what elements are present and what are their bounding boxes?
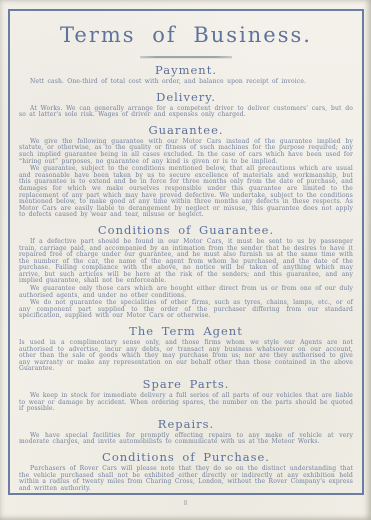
- document-page: Terms of Business. Payment. Nett cash. O…: [0, 0, 371, 520]
- section-heading: Payment.: [19, 64, 353, 77]
- section-conditions-of-purchase: Conditions of Purchase. Purchasers of Ro…: [19, 451, 353, 492]
- section-the-term-agent: The Term Agent Is used in a complimentar…: [19, 325, 353, 373]
- page-number: 8: [0, 500, 371, 507]
- paragraph: We guarantee only those cars which are b…: [19, 286, 353, 299]
- section-heading: Repairs.: [19, 418, 353, 431]
- section-heading: Delivery.: [19, 91, 353, 104]
- section-delivery: Delivery. At Works. We can generally arr…: [19, 91, 353, 119]
- paragraph: Nett cash. One-third of total cost with …: [19, 79, 353, 86]
- section-spare-parts: Spare Parts. We keep in stock for immedi…: [19, 378, 353, 413]
- paragraph: We have special facilities for promptly …: [19, 433, 353, 446]
- page-border-frame: Terms of Business. Payment. Nett cash. O…: [8, 9, 364, 495]
- paragraph: We guarantee, subject to the conditions …: [19, 166, 353, 219]
- paragraph: Purchasers of Rover Cars will please not…: [19, 466, 353, 492]
- page-title: Terms of Business.: [19, 23, 353, 48]
- section-repairs: Repairs. We have special facilities for …: [19, 418, 353, 446]
- paragraph: We keep in stock for immediate delivery …: [19, 393, 353, 413]
- paragraph: If a defective part should be found in o…: [19, 239, 353, 285]
- section-heading: Conditions of Purchase.: [19, 451, 353, 464]
- paragraph: We give the following guarantee with our…: [19, 139, 353, 165]
- section-heading: Spare Parts.: [19, 378, 353, 391]
- section-guarantee: Guarantee. We give the following guarant…: [19, 124, 353, 219]
- paragraph: We do not guarantee the specialities of …: [19, 300, 353, 320]
- paragraph: Is used in a complimentary sense only, a…: [19, 340, 353, 373]
- section-heading: The Term Agent: [19, 325, 353, 338]
- section-heading: Conditions of Guarantee.: [19, 224, 353, 237]
- title-divider: [140, 56, 232, 59]
- paragraph: At Works. We can generally arrange for a…: [19, 106, 353, 119]
- section-payment: Payment. Nett cash. One-third of total c…: [19, 64, 353, 86]
- section-heading: Guarantee.: [19, 124, 353, 137]
- section-conditions-of-guarantee: Conditions of Guarantee. If a defective …: [19, 224, 353, 320]
